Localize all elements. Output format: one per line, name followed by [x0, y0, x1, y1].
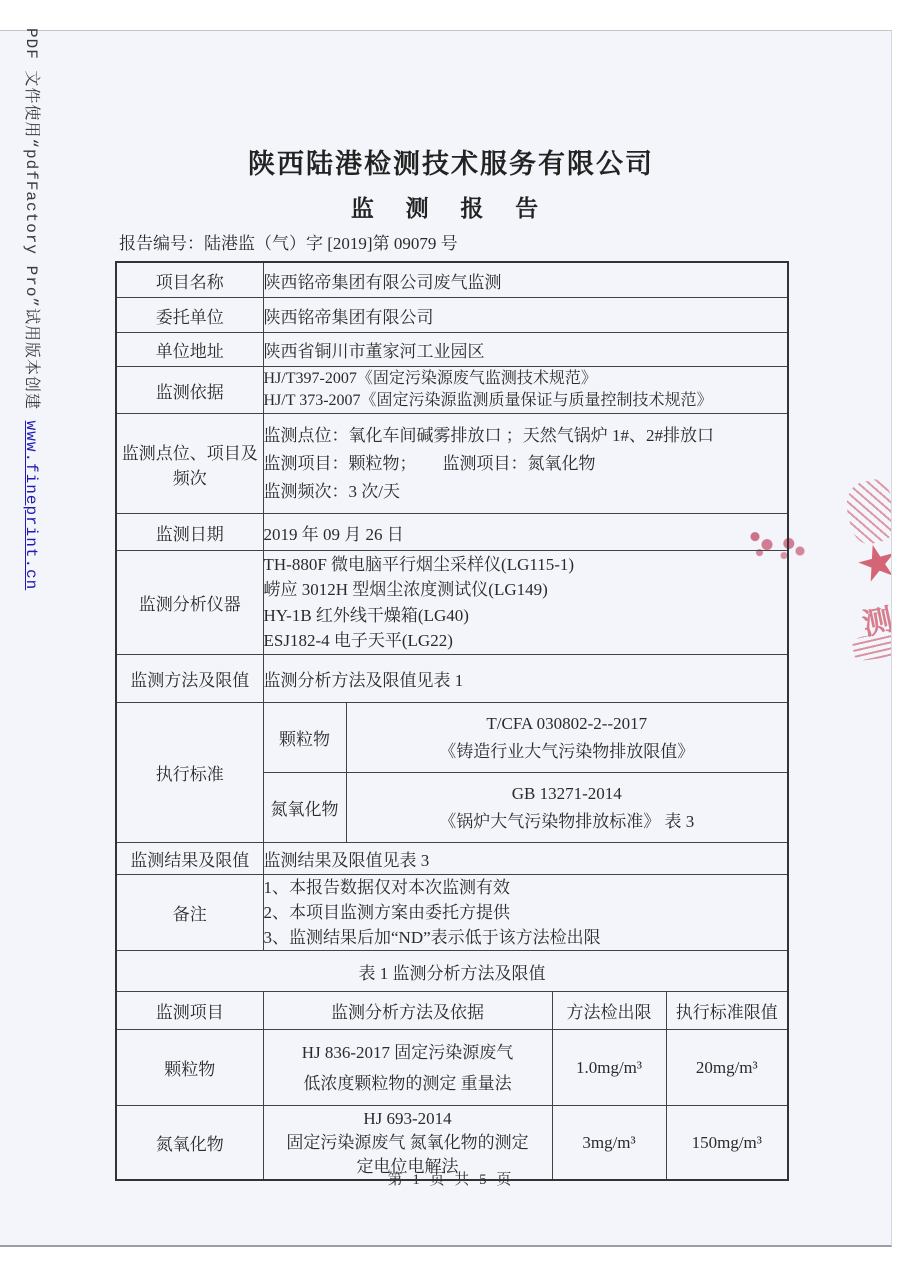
table-row: 执行标准 颗粒物 T/CFA 030802-2--2017 《铸造行业大气污染物… — [116, 703, 788, 773]
basis-line-2: HJ/T 373-2007《固定污染源监测质量保证与质量控制技术规范》 — [264, 390, 788, 412]
report-number-line: 报告编号：陆港监（气）字 [2019]第 09079 号 — [115, 229, 787, 263]
table1-particulate-method-line-2: 低浓度颗粒物的测定 重量法 — [264, 1068, 552, 1099]
instrument-line-2: 崂应 3012H 型烟尘浓度测试仪(LG149) — [264, 577, 788, 603]
table-row: 单位地址 陕西省铜川市董家河工业园区 — [116, 333, 788, 367]
basis-label: 监测依据 — [116, 367, 263, 414]
page-number: 第 1 页 共 5 页 — [115, 1168, 787, 1189]
instruments-label: 监测分析仪器 — [116, 551, 263, 655]
table-row: 颗粒物 HJ 836-2017 固定污染源废气 低浓度颗粒物的测定 重量法 1.… — [116, 1030, 788, 1106]
instrument-line-1: TH-880F 微电脑平行烟尘采样仪(LG115-1) — [264, 552, 788, 578]
points-line-3: 监测频次：3 次/天 — [264, 478, 788, 506]
points-item-left: 监测项目：颗粒物； — [264, 450, 443, 478]
result-value: 监测结果及限值见表 3 — [263, 843, 788, 875]
standard-nox-line-1: GB 13271-2014 — [347, 780, 788, 808]
remarks-line-3: 3、监测结果后加“ND”表示低于该方法检出限 — [264, 925, 788, 950]
red-seal-stripe-fragment — [852, 632, 892, 662]
points-label: 监测点位、项目及频次 — [116, 414, 263, 514]
instrument-line-3: HY-1B 红外线干燥箱(LG40) — [264, 603, 788, 629]
table-row: 表 1 监测分析方法及限值 — [116, 951, 788, 992]
table-row: 委托单位 陕西铭帝集团有限公司 — [116, 298, 788, 333]
table-row: 监测结果及限值 监测结果及限值见表 3 — [116, 843, 788, 875]
table1-nox-method-line-1: HJ 693-2014 — [264, 1107, 552, 1131]
standard-nox-line-2: 《锅炉大气污染物排放标准》 表 3 — [347, 808, 788, 836]
basis-line-1: HJ/T397-2007《固定污染源废气监测技术规范》 — [264, 368, 788, 390]
remarks-line-2: 2、本项目监测方案由委托方提供 — [264, 900, 788, 925]
result-label: 监测结果及限值 — [116, 843, 263, 875]
date-label: 监测日期 — [116, 514, 263, 551]
method-value: 监测分析方法及限值见表 1 — [263, 655, 788, 703]
table-row: 项目名称 陕西铭帝集团有限公司废气监测 — [116, 262, 788, 298]
standard-label: 执行标准 — [116, 703, 263, 843]
standard-particulate-line-2: 《铸造行业大气污染物排放限值》 — [347, 738, 788, 766]
client-label: 委托单位 — [116, 298, 263, 333]
table1-particulate-item: 颗粒物 — [116, 1030, 263, 1106]
report-number-label: 报告编号： — [119, 234, 204, 253]
table1-particulate-detection-limit: 1.0mg/m³ — [552, 1030, 666, 1106]
table1-particulate-method: HJ 836-2017 固定污染源废气 低浓度颗粒物的测定 重量法 — [263, 1030, 552, 1106]
table1-header-method: 监测分析方法及依据 — [263, 992, 552, 1030]
table1-particulate-method-line-1: HJ 836-2017 固定污染源废气 — [264, 1037, 552, 1068]
table1-header-item: 监测项目 — [116, 992, 263, 1030]
report-title: 监 测 报 告 — [115, 190, 787, 223]
remarks-line-1: 1、本报告数据仅对本次监测有效 — [264, 875, 788, 900]
pdf-watermark-note: PDF 文件使用“pdfFactory Pro”试用版本创建 www.finep… — [22, 28, 45, 590]
table1-header-standard-limit: 执行标准限值 — [666, 992, 788, 1030]
red-seal-star-icon: ★ — [851, 534, 892, 592]
table-row: 监测项目 监测分析方法及依据 方法检出限 执行标准限值 — [116, 992, 788, 1030]
standard-param-nox: 氮氧化物 — [263, 773, 346, 843]
table1-caption: 表 1 监测分析方法及限值 — [116, 951, 788, 992]
standard-nox-value: GB 13271-2014 《锅炉大气污染物排放标准》 表 3 — [346, 773, 788, 843]
points-line-1: 监测点位：氧化车间碱雾排放口 ；天然气锅炉 1#、2#排放口 — [264, 422, 788, 450]
pdf-watermark-text: PDF 文件使用“pdfFactory Pro”试用版本创建 — [22, 28, 40, 421]
remarks-label: 备注 — [116, 875, 263, 951]
table-row: 备注 1、本报告数据仅对本次监测有效 2、本项目监测方案由委托方提供 3、监测结… — [116, 875, 788, 951]
remarks-value: 1、本报告数据仅对本次监测有效 2、本项目监测方案由委托方提供 3、监测结果后加… — [263, 875, 788, 951]
address-label: 单位地址 — [116, 333, 263, 367]
table-row: 监测依据 HJ/T397-2007《固定污染源废气监测技术规范》 HJ/T 37… — [116, 367, 788, 414]
project-name-value: 陕西铭帝集团有限公司废气监测 — [263, 262, 788, 298]
table-row: 监测分析仪器 TH-880F 微电脑平行烟尘采样仪(LG115-1) 崂应 30… — [116, 551, 788, 655]
standard-particulate-line-1: T/CFA 030802-2--2017 — [347, 710, 788, 738]
table-row: 监测方法及限值 监测分析方法及限值见表 1 — [116, 655, 788, 703]
fineprint-link[interactable]: www.fineprint.cn — [22, 421, 40, 591]
basis-value: HJ/T397-2007《固定污染源废气监测技术规范》 HJ/T 373-200… — [263, 367, 788, 414]
monitoring-info-table: 项目名称 陕西铭帝集团有限公司废气监测 委托单位 陕西铭帝集团有限公司 单位地址… — [115, 261, 789, 1181]
table1-nox-method-line-2: 固定污染源废气 氮氧化物的测定 — [264, 1131, 552, 1155]
report-number-value: 陆港监（气）字 [2019]第 09079 号 — [204, 234, 458, 253]
points-value: 监测点位：氧化车间碱雾排放口 ；天然气锅炉 1#、2#排放口 监测项目：颗粒物；… — [263, 414, 788, 514]
points-line-2: 监测项目：颗粒物；监测项目：氮氧化物 — [264, 450, 788, 478]
date-value: 2019 年 09 月 26 日 — [263, 514, 788, 551]
company-title: 陕西陆港检测技术服务有限公司 — [115, 142, 787, 181]
address-value: 陕西省铜川市董家河工业园区 — [263, 333, 788, 367]
client-value: 陕西铭帝集团有限公司 — [263, 298, 788, 333]
table1-particulate-standard-limit: 20mg/m³ — [666, 1030, 788, 1106]
project-name-label: 项目名称 — [116, 262, 263, 298]
points-item-right: 监测项目：氮氧化物 — [443, 454, 596, 473]
instrument-line-4: ESJ182-4 电子天平(LG22) — [264, 628, 788, 654]
standard-param-particulate: 颗粒物 — [263, 703, 346, 773]
instruments-value: TH-880F 微电脑平行烟尘采样仪(LG115-1) 崂应 3012H 型烟尘… — [263, 551, 788, 655]
table1-header-detection-limit: 方法检出限 — [552, 992, 666, 1030]
table-row: 监测日期 2019 年 09 月 26 日 — [116, 514, 788, 551]
table-row: 监测点位、项目及频次 监测点位：氧化车间碱雾排放口 ；天然气锅炉 1#、2#排放… — [116, 414, 788, 514]
standard-particulate-value: T/CFA 030802-2--2017 《铸造行业大气污染物排放限值》 — [346, 703, 788, 773]
method-label: 监测方法及限值 — [116, 655, 263, 703]
